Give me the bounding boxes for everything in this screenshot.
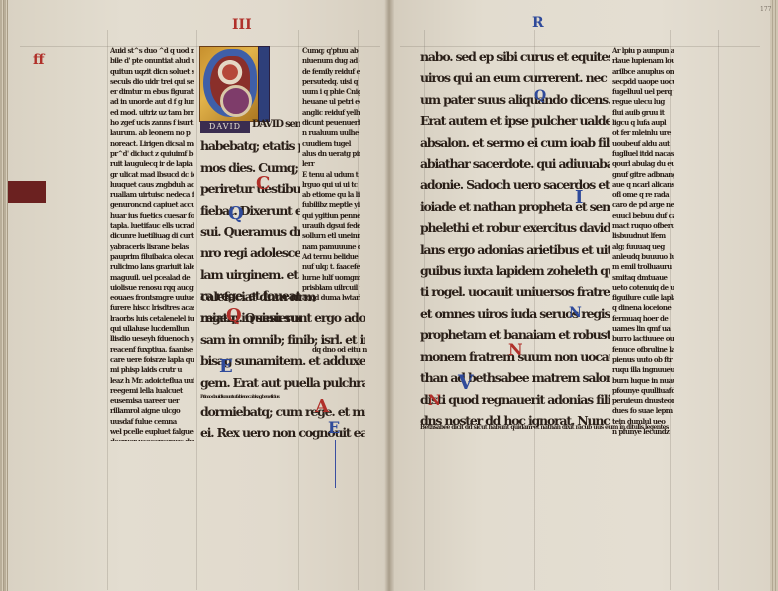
page-edges-right	[770, 0, 778, 591]
gloss-column-inner-left: Cumq; q'ptuu ab niuenum dug ad ebus de f…	[302, 46, 360, 304]
margin-mark: ff	[33, 52, 45, 68]
running-head-right: R	[532, 15, 544, 31]
blue-initial-e2: E	[328, 418, 340, 437]
rubric-initial-q: Q	[226, 305, 242, 326]
running-head-left: III	[232, 17, 252, 33]
blue-initial-n: N	[569, 305, 582, 321]
blue-initial-i: I	[575, 187, 583, 208]
gloss-note: dq dno od eitu no	[312, 345, 367, 365]
gloss-column-left: Auid st^s duo ^d q uod m dice luur bile …	[110, 46, 194, 441]
blue-initial-e: E	[219, 356, 233, 377]
blue-initial-q: Q	[228, 203, 244, 224]
rubric-initial-n2: N	[428, 393, 441, 409]
gutter	[384, 0, 394, 591]
gloss-column-right: Ar lpiu p aunpun ap rlaue lupienam loui …	[612, 46, 674, 436]
main-text-right: nabo. sed ep sibi curus et equites et qu…	[420, 46, 610, 431]
ruling-line	[718, 30, 719, 590]
library-stamp	[8, 181, 46, 203]
ruling-line	[196, 30, 197, 590]
illuminated-initial	[199, 46, 263, 122]
initial-band	[258, 46, 270, 122]
rubric-initial-n: N	[508, 340, 523, 359]
pen-flourish	[335, 440, 336, 488]
rubric-initial-c: C	[256, 173, 270, 194]
manuscript-spread: III R ff 177 Auid st^s duo ^d q uod m di…	[0, 0, 778, 591]
folio-number: 177	[760, 6, 771, 13]
ruling-line	[107, 30, 108, 590]
blue-initial-q-right: Q	[534, 88, 546, 104]
blue-initial-v: V	[458, 370, 474, 394]
initial-decoration	[220, 85, 252, 117]
rubric-initial-a: A	[315, 396, 329, 417]
